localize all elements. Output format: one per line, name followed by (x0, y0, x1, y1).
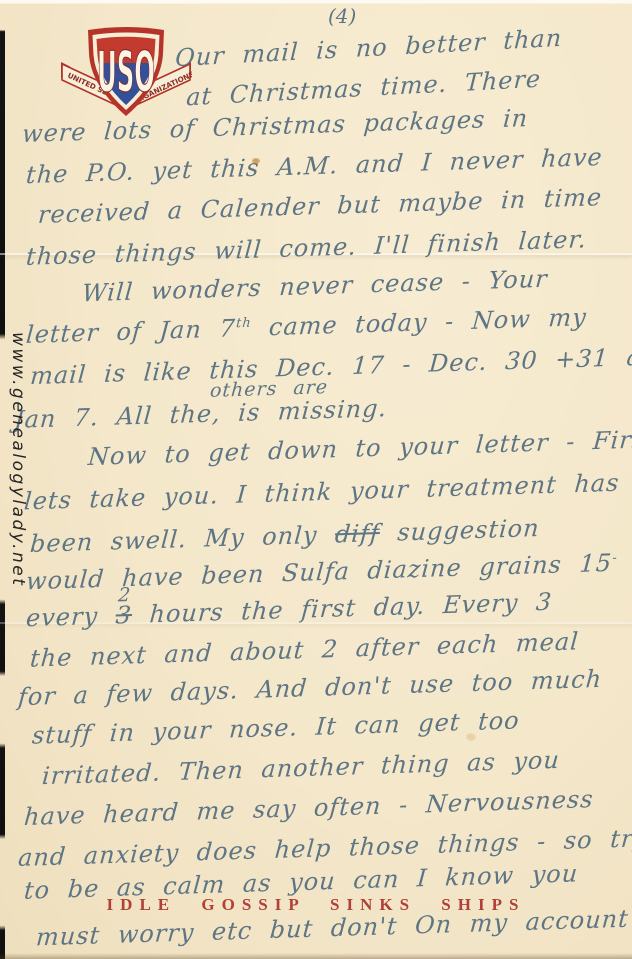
letter-line-16: the next and about 2 after each meal (29, 627, 580, 672)
line-text: every (25, 601, 117, 632)
letter-line-19: irritated. Then another thing as you (41, 746, 561, 790)
stationery-slogan: IDLE GOSSIP SINKS SHIPS (0, 895, 632, 915)
corrected-number: 2 (117, 584, 132, 606)
line-text: received a Calender but maybe in time (37, 183, 603, 229)
letter-scan: (4) UNITED SERVICE ORGANIZATIONS USO Our… (0, 0, 632, 959)
letter-line-20: have heard me say often - Nervousness (23, 785, 595, 831)
watermark-text: www.genealogylady.net (8, 332, 28, 587)
paper-left-edge (0, 0, 5, 959)
line-text: mail is like this Dec. 17 - Dec. 30 +31 … (29, 342, 632, 390)
line-text: stuff in your nose. It can get too (31, 706, 521, 749)
line-text: have heard me say often - Nervousness (23, 785, 595, 831)
line-text: Jan 7. All the, is missing. (13, 394, 388, 434)
letter-line-4: the P.O. yet this A.M. and I never have (25, 143, 604, 189)
superscript-dash: - (612, 551, 619, 566)
page-number: (4) (328, 4, 356, 28)
line-text: the next and about 2 after each meal (29, 627, 580, 672)
letter-line-15: every 32 hours the first day. Every 3 (25, 588, 553, 633)
letter-line-12: lets take you. I think your treatment ha… (23, 469, 620, 516)
letter-line-10: Jan 7. All the, is missing. (13, 394, 388, 434)
struck-word: diff (334, 519, 381, 548)
correction-stack: 32 (115, 601, 133, 630)
line-text: irritated. Then another thing as you (41, 746, 561, 790)
uso-logo-graphic: UNITED SERVICE ORGANIZATIONS USO (60, 26, 192, 120)
line-text: Our mail is no better than (175, 24, 563, 72)
letter-line-11: Now to get down to your letter - First (87, 425, 632, 471)
letter-line-7: Will wonders never cease - Your (81, 265, 549, 308)
letter-line-17: for a few days. And don't use too much (17, 665, 603, 711)
line-text: those things will come. I'll finish late… (25, 225, 588, 271)
line-text: been swell. My only (29, 520, 336, 558)
letter-line-5: received a Calender but maybe in time (37, 183, 603, 229)
line-text: Will wonders never cease - Your (81, 265, 549, 308)
letter-line-6: those things will come. I'll finish late… (25, 225, 588, 271)
letter-line-1: Our mail is no better than (175, 24, 563, 72)
line-text: for a few days. And don't use too much (17, 665, 603, 711)
uso-logo: UNITED SERVICE ORGANIZATIONS USO (60, 26, 192, 120)
letter-line-18: stuff in your nose. It can get too (31, 706, 521, 749)
letter-line-9: mail is like this Dec. 17 - Dec. 30 +31 … (29, 342, 632, 390)
ordinal-suffix: th (236, 316, 253, 332)
line-text: came today - Now my (250, 303, 588, 342)
line-text: Now to get down to your letter - First (87, 425, 632, 471)
line-text: the P.O. yet this A.M. and I never have (25, 143, 604, 189)
letter-line-13: been swell. My only diff suggestion (29, 514, 541, 558)
line-text: lets take you. I think your treatment ha… (23, 469, 620, 516)
paper-bottom-edge (0, 953, 632, 959)
line-text: letter of Jan 7 (25, 314, 237, 349)
uso-acronym: USO (97, 40, 155, 105)
letter-line-8: letter of Jan 7th came today - Now my (25, 303, 588, 349)
line-text: suggestion (379, 514, 541, 547)
